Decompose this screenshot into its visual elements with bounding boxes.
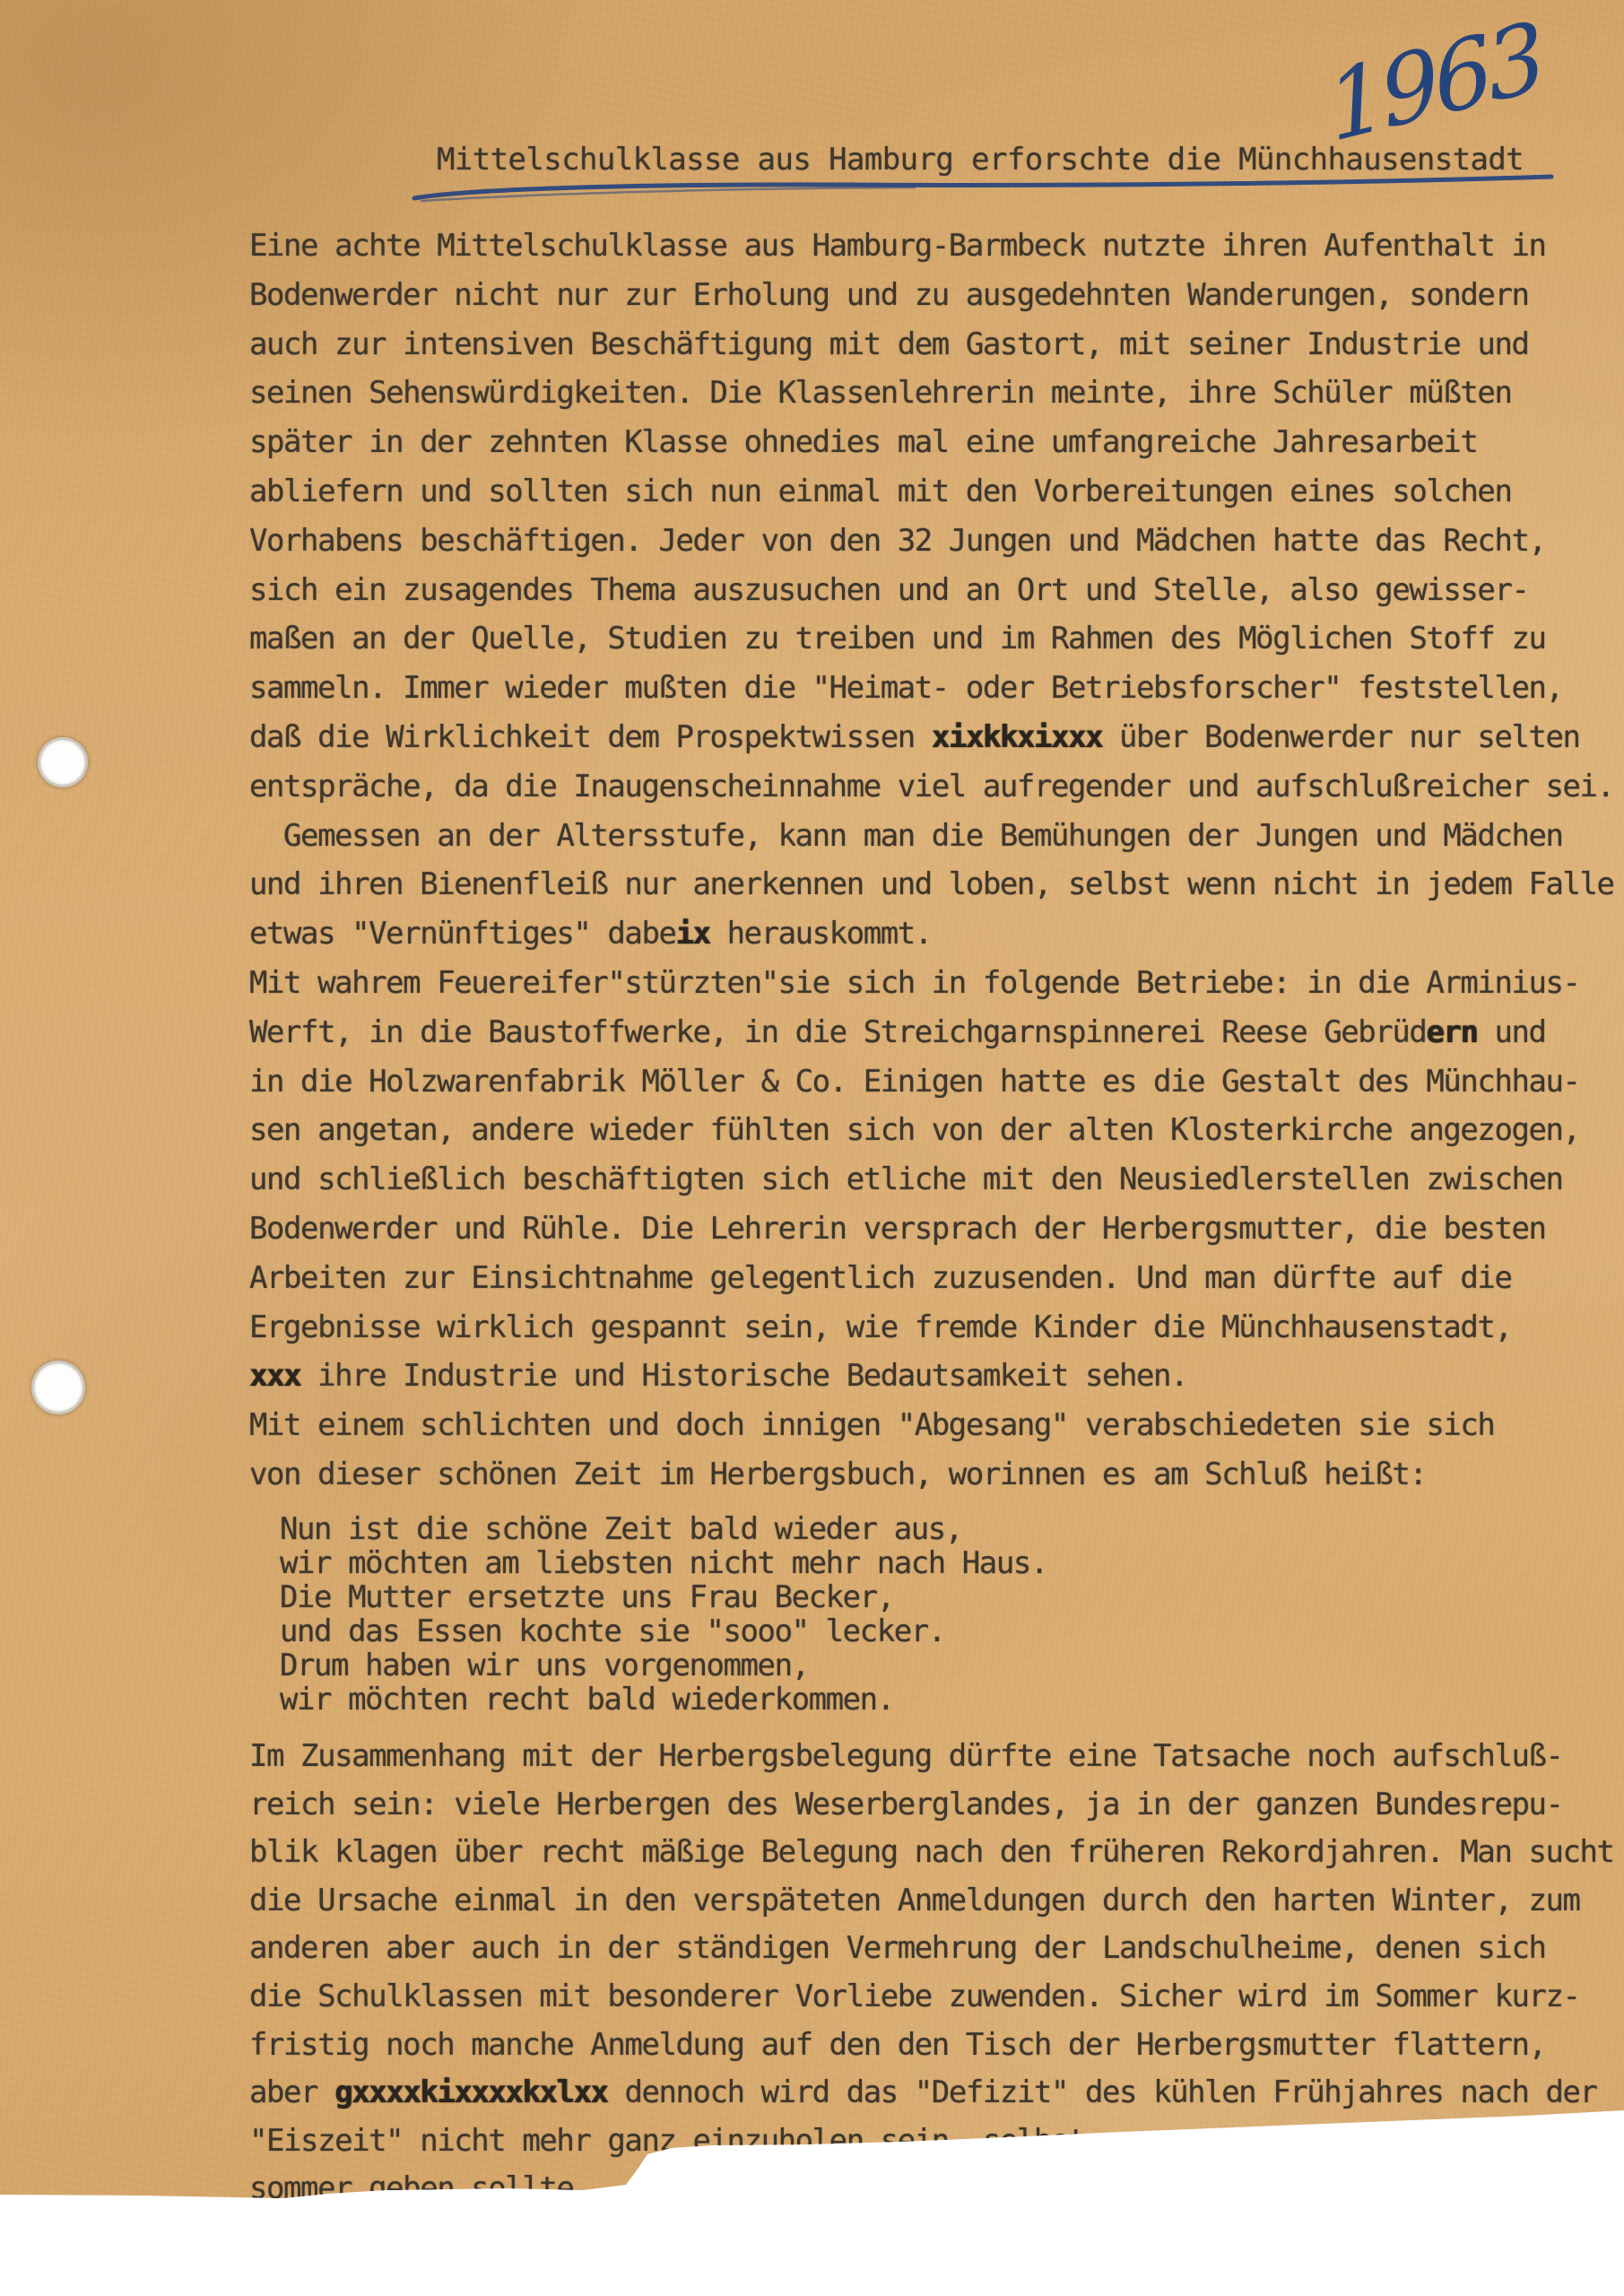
typed-text: daß die Wirklichkeit dem Prospektwissen (249, 719, 932, 755)
title-underline-ink (414, 177, 1551, 201)
typed-text: Gemessen an der Altersstufe, kann man di… (249, 818, 1563, 854)
typed-text: sich ein zusagendes Thema auszusuchen un… (249, 572, 1528, 608)
text-line: abliefern und sollten sich nun einmal mi… (249, 467, 1614, 517)
typed-text: die Ursache einmal in den verspäteten An… (249, 1883, 1580, 1918)
main-paragraph: Eine achte Mittelschulklasse aus Hamburg… (249, 222, 1614, 1500)
text-line: reich sein: viele Herbergen des Weserber… (249, 1781, 1614, 1830)
typed-text: in die Holzwarenfabrik Möller & Co. Eini… (249, 1064, 1580, 1100)
text-line: und das Essen kochte sie "sooo" lecker. (280, 1614, 1047, 1648)
typed-text: Die Mutter ersetzte uns Frau Becker, (280, 1579, 894, 1615)
text-line: Gemessen an der Altersstufe, kann man di… (249, 812, 1614, 861)
text-line: Vorhabens beschäftigen. Jeder von den 32… (249, 517, 1614, 566)
text-line: daß die Wirklichkeit dem Prospektwissen … (249, 713, 1614, 762)
typed-text: blik klagen über recht mäßige Belegung n… (249, 1834, 1614, 1870)
typed-text: sommer geben sollte. (249, 2170, 590, 2206)
text-line: blik klagen über recht mäßige Belegung n… (249, 1829, 1614, 1877)
punch-hole-top (38, 737, 88, 787)
text-line: und ihren Bienenfleiß nur anerkennen und… (249, 860, 1614, 909)
typed-text: und schließlich beschäftigten sich etlic… (249, 1161, 1563, 1197)
typed-text: später in der zehnten Klasse ohnedies ma… (249, 424, 1477, 460)
text-line: wir möchten recht bald wiederkommen. (280, 1683, 1047, 1717)
text-line: aber gxxxxkixxxxkxlxx dennoch wird das "… (249, 2069, 1614, 2118)
scan-page: { "document": { "year_annotation": "1963… (0, 0, 1624, 2296)
typed-text: dennoch wird das "Defizit" des kühlen Fr… (607, 2074, 1596, 2110)
typed-text: wir möchten recht bald wiederkommen. (280, 1682, 894, 1718)
typed-text: Arbeiten zur Einsichtnahme gelegentlich … (249, 1260, 1511, 1296)
typed-text: Mit wahrem Feuereifer"stürzten"sie sich … (249, 965, 1580, 1001)
typed-text: aber (249, 2074, 334, 2110)
overtyped-correction: ern (1426, 1014, 1477, 1050)
typed-text: wir möchten am liebsten nicht mehr nach … (280, 1545, 1047, 1581)
text-line: Bodenwerder nicht nur zur Erholung und z… (249, 271, 1614, 320)
text-line: sich ein zusagendes Thema auszusuchen un… (249, 566, 1614, 615)
text-line: etwas "Vernünftiges" dabeix herauskommt. (249, 909, 1614, 959)
typed-text: über Bodenwerder nur selten (1102, 719, 1580, 755)
typed-text: sammeln. Immer wieder mußten die "Heimat… (249, 670, 1563, 706)
text-line: auch zur intensiven Beschäftigung mit de… (249, 320, 1614, 370)
typed-text: abliefern und sollten sich nun einmal mi… (249, 474, 1511, 509)
typed-text: auch zur intensiven Beschäftigung mit de… (249, 326, 1528, 362)
typed-text: reich sein: viele Herbergen des Weserber… (249, 1787, 1563, 1822)
punch-hole-bottom (31, 1361, 85, 1414)
text-line: seinen Sehenswürdigkeiten. Die Klassenle… (249, 369, 1614, 418)
typed-text: Eine achte Mittelschulklasse aus Hamburg… (249, 228, 1546, 264)
document-title: Mittelschulklasse aus Hamburg erforschte… (437, 142, 1524, 178)
text-line: xxx ihre Industrie und Historische Bedau… (249, 1352, 1614, 1401)
text-line: Arbeiten zur Einsichtnahme gelegentlich … (249, 1254, 1614, 1303)
typed-text: Nun ist die schöne Zeit bald wieder aus, (280, 1511, 962, 1547)
text-line: die Schulklassen mit besonderer Vorliebe… (249, 1973, 1614, 2022)
typed-text: von dieser schönen Zeit im Herbergsbuch,… (249, 1457, 1426, 1492)
text-line: Eine achte Mittelschulklasse aus Hamburg… (249, 222, 1614, 271)
text-line: Mit einem schlichten und doch innigen "A… (249, 1401, 1614, 1450)
typed-text: sen angetan, andere wieder fühlten sich … (249, 1112, 1580, 1148)
typed-text: Drum haben wir uns vorgenommen, (280, 1648, 809, 1683)
text-line: Drum haben wir uns vorgenommen, (280, 1648, 1047, 1683)
text-line: entspräche, da die Inaugenscheinnahme vi… (249, 762, 1614, 812)
text-line: Bodenwerder und Rühle. Die Lehrerin vers… (249, 1205, 1614, 1254)
text-line: Die Mutter ersetzte uns Frau Becker, (280, 1580, 1047, 1614)
typed-text: fristig noch manche Anmeldung auf den de… (249, 2027, 1546, 2063)
overtyped-correction: ix (676, 916, 710, 952)
text-line: die Ursache einmal in den verspäteten An… (249, 1877, 1614, 1926)
text-line: fristig noch manche Anmeldung auf den de… (249, 2022, 1614, 2070)
text-line: Mit wahrem Feuereifer"stürzten"sie sich … (249, 959, 1614, 1008)
typed-text: die Schulklassen mit besonderer Vorliebe… (249, 1979, 1580, 2014)
overtyped-correction: xxx (249, 1358, 300, 1394)
typed-text: "Eiszeit" nicht mehr ganz einzuholen sei… (249, 2123, 1614, 2159)
typed-text: ihre Industrie und Historische Bedautsam… (300, 1358, 1187, 1394)
typed-text: und (1477, 1014, 1545, 1050)
typed-text: und ihren Bienenfleiß nur anerkennen und… (249, 866, 1614, 902)
typed-text: und das Essen kochte sie "sooo" lecker. (280, 1613, 945, 1649)
handwritten-year: 1963 (1321, 1, 1549, 163)
text-line: Im Zusammenhang mit der Herbergsbelegung… (249, 1733, 1614, 1781)
overtyped-correction: gxxxxkixxxxkxlxx (334, 2074, 607, 2110)
text-line: Werft, in die Baustoffwerke, in die Stre… (249, 1008, 1614, 1057)
typed-text: herauskommt. (710, 916, 932, 952)
text-line: sammeln. Immer wieder mußten die "Heimat… (249, 664, 1614, 713)
text-line: und schließlich beschäftigten sich etlic… (249, 1155, 1614, 1205)
typed-text: entspräche, da die Inaugenscheinnahme vi… (249, 769, 1614, 804)
paper-sheet: Mittelschulklasse aus Hamburg erforschte… (0, 0, 1624, 2296)
guestbook-poem: Nun ist die schöne Zeit bald wieder aus,… (280, 1512, 1047, 1717)
overtyped-correction: xixkkxixxx (932, 719, 1102, 755)
typed-text: anderen aber auch in der ständigen Verme… (249, 1930, 1546, 1966)
text-line: maßen an der Quelle, Studien zu treiben … (249, 614, 1614, 664)
text-line: in die Holzwarenfabrik Möller & Co. Eini… (249, 1057, 1614, 1107)
typed-text: Vorhabens beschäftigen. Jeder von den 32… (249, 523, 1546, 559)
typed-text: Bodenwerder nicht nur zur Erholung und z… (249, 277, 1528, 313)
typed-text: Werft, in die Baustoffwerke, in die Stre… (249, 1014, 1426, 1050)
typed-text: seinen Sehenswürdigkeiten. Die Klassenle… (249, 375, 1511, 411)
closing-paragraph: Im Zusammenhang mit der Herbergsbelegung… (249, 1733, 1614, 2213)
text-line: anderen aber auch in der ständigen Verme… (249, 1925, 1614, 1973)
text-line: "Eiszeit" nicht mehr ganz einzuholen sei… (249, 2118, 1614, 2166)
text-line: Nun ist die schöne Zeit bald wieder aus, (280, 1512, 1047, 1546)
typed-text: Mit einem schlichten und doch innigen "A… (249, 1407, 1494, 1443)
text-line: sommer geben sollte. (249, 2165, 1614, 2213)
text-line: sen angetan, andere wieder fühlten sich … (249, 1106, 1614, 1155)
typed-text: maßen an der Quelle, Studien zu treiben … (249, 621, 1546, 657)
text-line: wir möchten am liebsten nicht mehr nach … (280, 1546, 1047, 1580)
typed-text: Im Zusammenhang mit der Herbergsbelegung… (249, 1738, 1563, 1774)
text-line: später in der zehnten Klasse ohnedies ma… (249, 418, 1614, 467)
typed-text: Ergebnisse wirklich gespannt sein, wie f… (249, 1309, 1511, 1345)
typed-text: Bodenwerder und Rühle. Die Lehrerin vers… (249, 1211, 1546, 1247)
text-line: von dieser schönen Zeit im Herbergsbuch,… (249, 1450, 1614, 1500)
typed-text: etwas "Vernünftiges" dabe (249, 916, 676, 952)
text-line: Ergebnisse wirklich gespannt sein, wie f… (249, 1303, 1614, 1352)
